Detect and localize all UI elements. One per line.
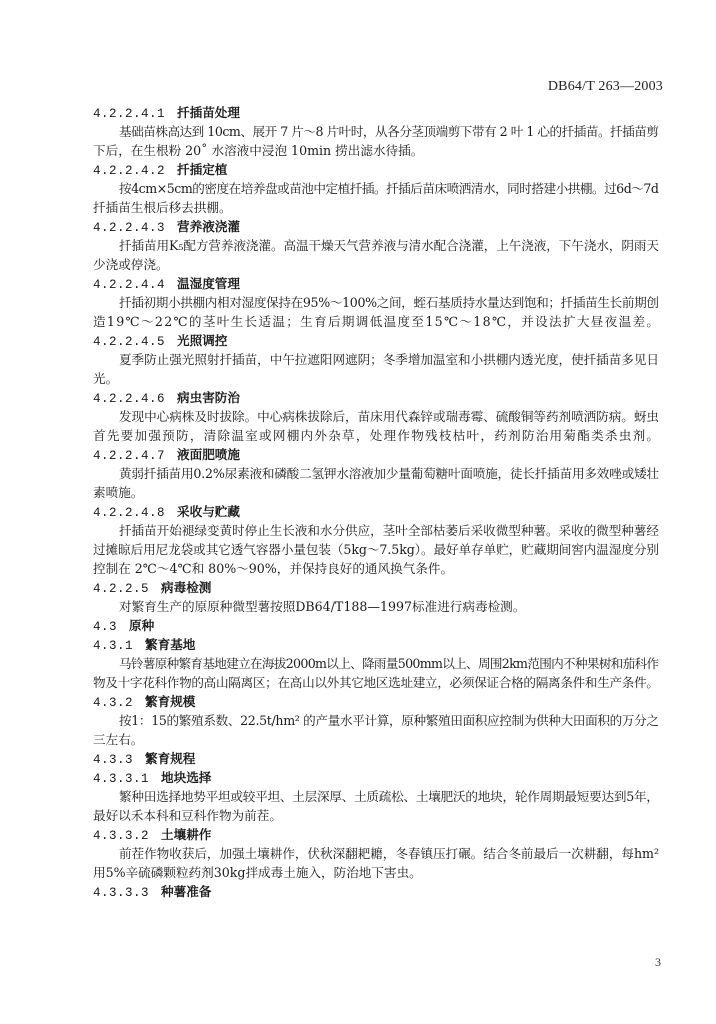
paragraph-line: 对繁育生产的原原种微型薯按照DB64/T188—1997标准进行病毒检测。 [93,597,659,616]
section-number: 4.3 [93,620,117,634]
document-code-header: DB64/T 263—2003 [548,79,663,95]
section-heading: 4.3.3.3种薯准备 [93,882,659,901]
paragraph-line: 素喷施。 [93,483,659,502]
section-title: 土壤耕作 [161,827,211,842]
section-number: 4.2.2.4.1 [93,107,165,121]
section-number: 4.3.3 [93,753,133,767]
section-number: 4.2.2.4.8 [93,506,165,520]
paragraph-line: 控制在 2℃～4℃和 80%～90%，并保持良好的通风换气条件。 [93,559,659,578]
paragraph-line: 物及十字花科作物的高山隔离区；在高山以外其它地区选址建立，必须保证合格的隔离条件… [93,673,659,692]
document-body: 4.2.2.4.1扦插苗处理基础苗株高达到 10cm、展开 7 片～8 片叶时，… [93,103,659,901]
section-heading: 4.2.2.4.2扦插定植 [93,160,659,179]
section-title: 采收与贮藏 [177,504,240,519]
section-number: 4.2.2.4.4 [93,278,165,292]
section-title: 种薯准备 [161,884,211,899]
paragraph-line: 黄弱扦插苗用0.2%尿素液和磷酸二氢钾水溶液加少量葡萄糖叶面喷施，徒长扦插苗用多… [93,464,659,483]
section-number: 4.3.3.3 [93,886,149,900]
section-title: 液面肥喷施 [177,447,240,462]
section-number: 4.2.2.5 [93,582,149,596]
paragraph-line: 基础苗株高达到 10cm、展开 7 片～8 片叶时，从各分茎顶端剪下带有 2 叶… [93,122,659,141]
section-title: 原种 [129,618,154,633]
section-number: 4.3.1 [93,639,133,653]
section-heading: 4.2.2.4.7液面肥喷施 [93,445,659,464]
paragraph-line: 按4cm×5cm的密度在培养盘或苗池中定植扦插。扦插后苗床喷洒清水，同时搭建小拱… [93,179,659,198]
section-title: 光照调控 [177,333,227,348]
paragraph-line: 三左右。 [93,730,659,749]
section-title: 扦插苗处理 [177,105,240,120]
section-number: 4.3.3.2 [93,829,149,843]
section-heading: 4.3.3繁育规程 [93,749,659,768]
paragraph-line: 夏季防止强光照射扦插苗，中午拉遮阳网遮阴；冬季增加温室和小拱棚内透光度，使扦插苗… [93,350,659,369]
section-number: 4.3.2 [93,696,133,710]
paragraph-line: 过摊晾后用尼龙袋或其它透气容器小量包装（5kg～7.5kg）。最好单存单贮，贮藏… [93,540,659,559]
section-heading: 4.3.3.2土壤耕作 [93,825,659,844]
paragraph-line: 按1：15的繁殖系数、22.5t/hm² 的产量水平计算，原种繁殖田面积应控制为… [93,711,659,730]
paragraph-line: 造19℃～22℃的茎叶生长适温；生育后期调低温度至15℃～18℃，并设法扩大昼夜… [93,312,659,331]
section-title: 繁育规模 [145,694,195,709]
paragraph-line: 少浇或停浇。 [93,255,659,274]
paragraph-line: 前茬作物收获后，加强土壤耕作，伏秋深翻耙耱，冬春镇压打碾。结合冬前最后一次耕翻，… [93,844,659,863]
section-heading: 4.3.2繁育规模 [93,692,659,711]
section-heading: 4.3.3.1地块选择 [93,768,659,787]
paragraph-line: 马铃薯原种繁育基地建立在海拔2000m以上、降雨量500mm以上、周围2km范围… [93,654,659,673]
paragraph-line: 发现中心病株及时拔除。中心病株拔除后，苗床用代森锌或瑞毒霉、硫酸铜等药剂喷洒防病… [93,407,659,426]
section-title: 营养液浇灌 [177,219,240,234]
section-heading: 4.2.2.4.6病虫害防治 [93,388,659,407]
section-number: 4.2.2.4.7 [93,449,165,463]
paragraph-line: 最好以禾本科和豆科作物为前茬。 [93,806,659,825]
section-heading: 4.2.2.4.3营养液浇灌 [93,217,659,236]
section-number: 4.2.2.4.2 [93,164,165,178]
section-title: 地块选择 [161,770,211,785]
section-title: 病毒检测 [161,580,211,595]
section-heading: 4.2.2.5病毒检测 [93,578,659,597]
paragraph-line: 下后，在生根粉 20˚ 水溶液中浸泡 10min 捞出滤水待插。 [93,141,659,160]
section-number: 4.2.2.4.3 [93,221,165,235]
section-heading: 4.2.2.4.5光照调控 [93,331,659,350]
section-heading: 4.3.1繁育基地 [93,635,659,654]
section-number: 4.2.2.4.6 [93,392,165,406]
section-title: 温湿度管理 [177,276,240,291]
paragraph-line: 扦插初期小拱棚内相对湿度保持在95%～100%之间，蛭石基质持水量达到饱和；扦插… [93,293,659,312]
section-heading: 4.3原种 [93,616,659,635]
section-title: 繁育基地 [145,637,195,652]
section-heading: 4.2.2.4.1扦插苗处理 [93,103,659,122]
section-heading: 4.2.2.4.8采收与贮藏 [93,502,659,521]
paragraph-line: 用5%辛硫磷颗粒药剂30kg拌成毒土施入，防治地下害虫。 [93,863,659,882]
paragraph-line: 扦插苗用K₅配方营养液浇灌。高温干燥天气营养液与清水配合浇灌，上午浇液，下午浇水… [93,236,659,255]
section-number: 4.2.2.4.5 [93,335,165,349]
paragraph-line: 扦插苗开始褪绿变黄时停止生长液和水分供应，茎叶全部枯萎后采收微型种薯。采收的微型… [93,521,659,540]
paragraph-line: 扦插苗生根后移去拱棚。 [93,198,659,217]
section-title: 繁育规程 [145,751,195,766]
page-number: 3 [655,955,661,970]
section-title: 病虫害防治 [177,390,240,405]
section-heading: 4.2.2.4.4温湿度管理 [93,274,659,293]
section-number: 4.3.3.1 [93,772,149,786]
paragraph-line: 首先要加强预防，清除温室或网棚内外杂草，处理作物残枝枯叶，药剂防治用菊酯类杀虫剂… [93,426,659,445]
paragraph-line: 繁种田选择地势平坦或较平坦、土层深厚、土质疏松、土壤肥沃的地块，轮作周期最短要达… [93,787,659,806]
section-title: 扦插定植 [177,162,227,177]
paragraph-line: 光。 [93,369,659,388]
